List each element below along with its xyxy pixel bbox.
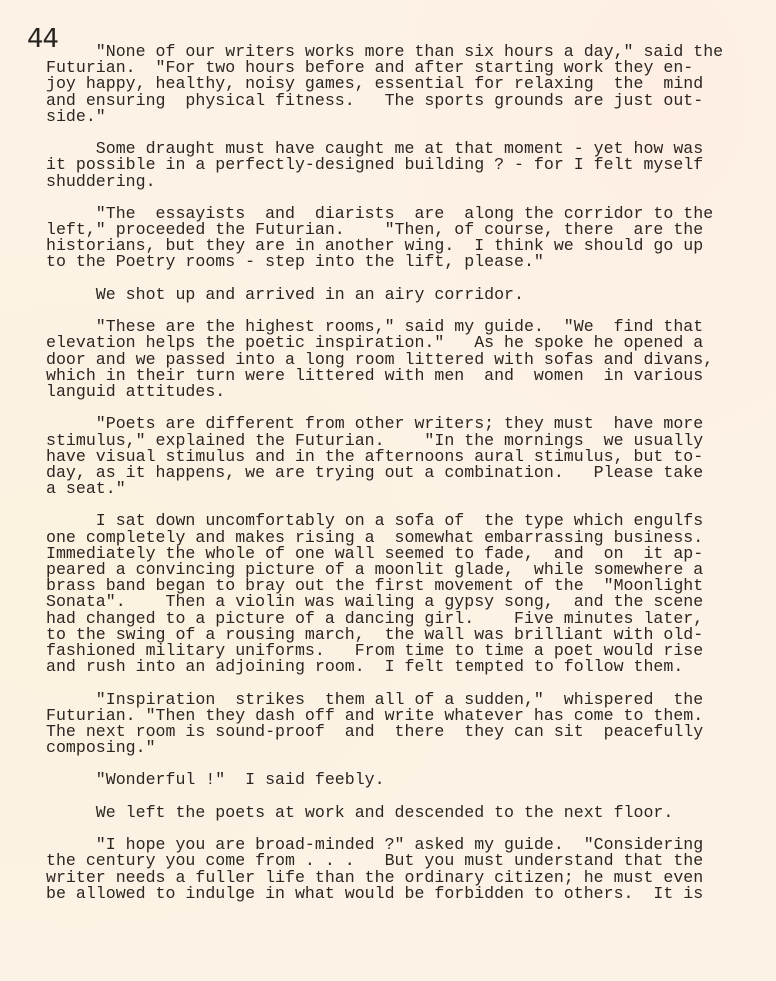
paragraph: "None of our writers works more than six… bbox=[46, 44, 686, 125]
text-line: side." bbox=[46, 109, 686, 125]
text-line: day, as it happens, we are trying out a … bbox=[46, 465, 686, 481]
text-line: to the Poetry rooms - step into the lift… bbox=[46, 254, 686, 270]
paragraph: "I hope you are broad-minded ?" asked my… bbox=[46, 837, 686, 902]
text-line: and ensuring physical fitness. The sport… bbox=[46, 93, 686, 109]
text-line: shuddering. bbox=[46, 174, 686, 190]
text-line: languid attitudes. bbox=[46, 384, 686, 400]
text-line: We shot up and arrived in an airy corrid… bbox=[46, 287, 686, 303]
text-line: "Wonderful !" I said feebly. bbox=[46, 772, 686, 788]
text-line: We left the poets at work and descended … bbox=[46, 805, 686, 821]
text-line: a seat." bbox=[46, 481, 686, 497]
paragraph: "Wonderful !" I said feebly. bbox=[46, 772, 686, 788]
paragraph: Some draught must have caught me at that… bbox=[46, 141, 686, 190]
text-line: be allowed to indulge in what would be f… bbox=[46, 886, 686, 902]
paragraph: I sat down uncomfortably on a sofa of th… bbox=[46, 513, 686, 675]
paragraph: "The essayists and diarists are along th… bbox=[46, 206, 686, 271]
typewritten-page: 44 "None of our writers works more than … bbox=[0, 0, 776, 981]
paragraph: "Poets are different from other writers;… bbox=[46, 416, 686, 497]
paragraph: "Inspiration strikes them all of a sudde… bbox=[46, 692, 686, 757]
paragraph: We shot up and arrived in an airy corrid… bbox=[46, 287, 686, 303]
body-text: "None of our writers works more than six… bbox=[46, 44, 686, 918]
paragraph: We left the poets at work and descended … bbox=[46, 805, 686, 821]
paragraph: "These are the highest rooms," said my g… bbox=[46, 319, 686, 400]
text-line: composing." bbox=[46, 740, 686, 756]
text-line: and rush into an adjoining room. I felt … bbox=[46, 659, 686, 675]
